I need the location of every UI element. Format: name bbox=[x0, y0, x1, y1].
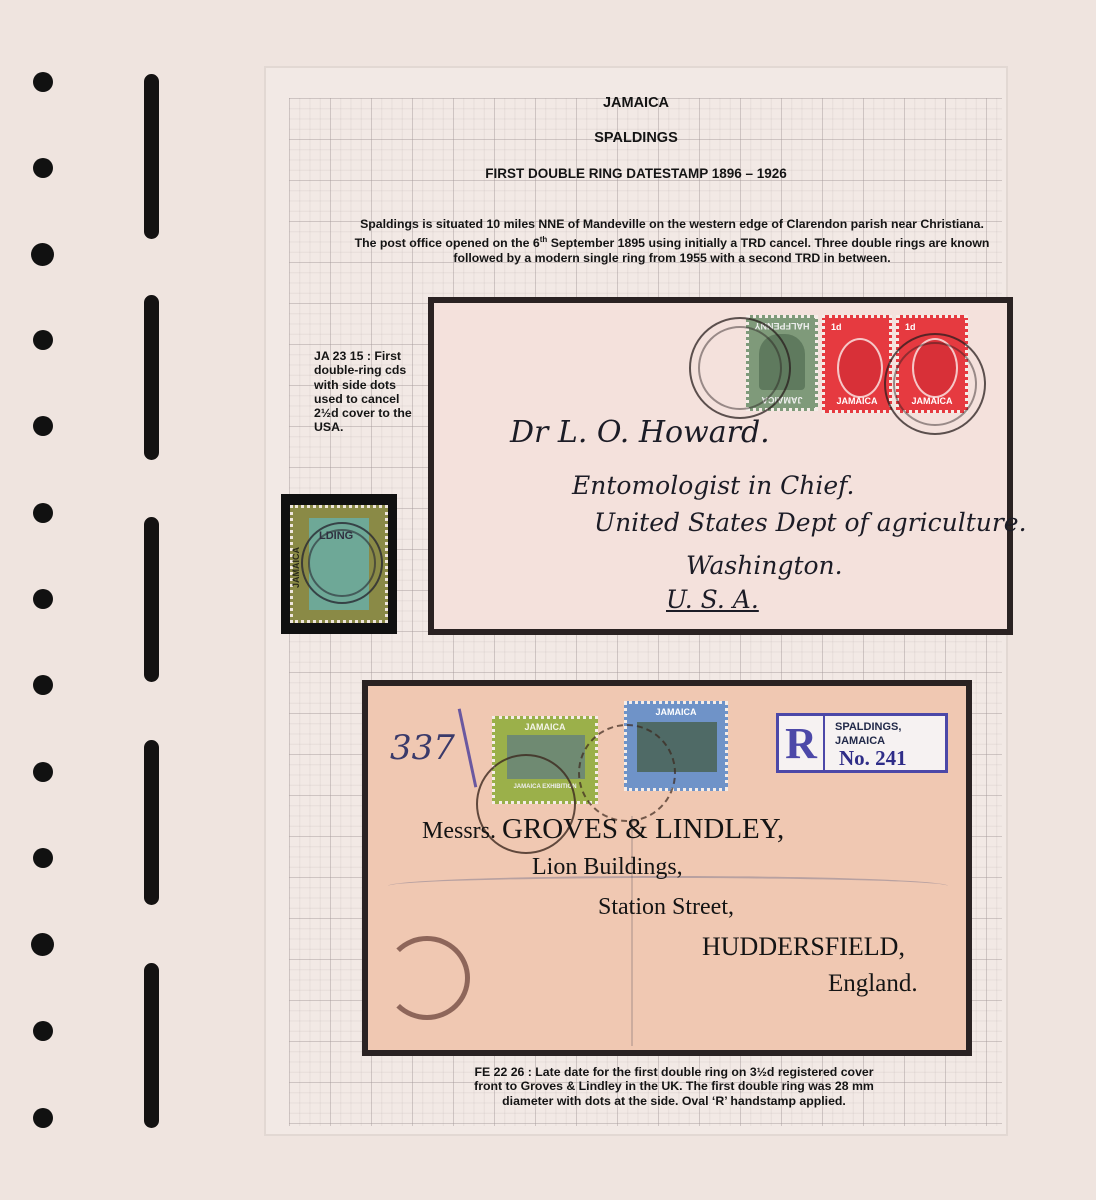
binder-hole bbox=[33, 158, 53, 178]
registration-r: R bbox=[779, 716, 825, 770]
binder-slot bbox=[144, 295, 159, 460]
stamp-one-penny: 1d JAMAICA bbox=[822, 315, 892, 413]
binder-hole bbox=[33, 1108, 53, 1128]
address-line-3: Station Street, bbox=[598, 894, 734, 921]
loose-stamp: JAMAICA LDING bbox=[290, 505, 388, 623]
address-line-1: Messrs. GROVES & LINDLEY, bbox=[422, 813, 784, 846]
address-line-1: Dr L. O. Howard. bbox=[510, 415, 770, 450]
postmark-inner-ring bbox=[893, 342, 977, 426]
oval-r-handstamp bbox=[384, 936, 470, 1020]
address-line-4: Washington. bbox=[686, 551, 843, 580]
binder-hole bbox=[33, 330, 53, 350]
stamp-country: JAMAICA bbox=[291, 547, 301, 588]
binder-hole bbox=[33, 1021, 53, 1041]
manuscript-stroke bbox=[458, 709, 478, 788]
address-line-2: Entomologist in Chief. bbox=[572, 471, 854, 500]
item1-caption: JA 23 15 : First double-ring cds with si… bbox=[314, 349, 412, 435]
binder-hole bbox=[31, 243, 54, 266]
page-subtitle: FIRST DOUBLE RING DATESTAMP 1896 – 1926 bbox=[266, 166, 1006, 181]
postmark bbox=[578, 724, 676, 822]
address-line-3: United States Dept of agriculture. bbox=[594, 508, 1027, 537]
cover-front: 337 JAMAICA JAMAICA EXHIBITION JAMAICA R… bbox=[368, 686, 966, 1050]
binder-hole bbox=[33, 762, 53, 782]
intro-line-2: The post office opened on the 6th Septem… bbox=[322, 232, 1022, 251]
intro-line-3: followed by a modern single ring from 19… bbox=[322, 251, 1022, 266]
binder-hole bbox=[33, 848, 53, 868]
binder-hole bbox=[33, 675, 53, 695]
cover-usa: HALFPENNY JAMAICA 1d JAMAICA 1d JAMAICA … bbox=[428, 297, 1013, 635]
registered-cover-front: 337 JAMAICA JAMAICA EXHIBITION JAMAICA R… bbox=[362, 680, 972, 1056]
loose-stamp-mount: JAMAICA LDING bbox=[281, 494, 397, 634]
binder-slot bbox=[144, 74, 159, 239]
postmark-text: LDING bbox=[319, 530, 353, 542]
registration-vertical-line bbox=[631, 816, 633, 1046]
registration-number: No. 241 bbox=[839, 746, 907, 771]
registration-office: SPALDINGS, JAMAICA bbox=[835, 720, 901, 748]
envelope: HALFPENNY JAMAICA 1d JAMAICA 1d JAMAICA … bbox=[434, 303, 1007, 629]
item2-caption: FE 22 26 : Late date for the first doubl… bbox=[362, 1065, 986, 1108]
binder-slot bbox=[144, 963, 159, 1128]
binder-slot bbox=[144, 517, 159, 682]
page-title-town: SPALDINGS bbox=[266, 130, 1006, 146]
binder-hole bbox=[33, 589, 53, 609]
postmark-inner-ring bbox=[698, 326, 782, 410]
binder-hole bbox=[33, 416, 53, 436]
manuscript-number: 337 bbox=[390, 728, 455, 768]
intro-paragraph: Spaldings is situated 10 miles NNE of Ma… bbox=[322, 217, 1022, 266]
address-line-2: Lion Buildings, bbox=[532, 854, 683, 881]
binder-hole bbox=[33, 503, 53, 523]
binder-hole bbox=[33, 72, 53, 92]
intro-line-1: Spaldings is situated 10 miles NNE of Ma… bbox=[322, 217, 1022, 232]
binder-slot bbox=[144, 740, 159, 905]
binder-hole bbox=[31, 933, 54, 956]
registration-label: R SPALDINGS, JAMAICA No. 241 bbox=[776, 713, 948, 773]
address-line-4: HUDDERSFIELD, bbox=[702, 932, 905, 962]
address-line-5: U. S. A. bbox=[666, 585, 759, 614]
page-title-country: JAMAICA bbox=[266, 95, 1006, 111]
address-line-5: England. bbox=[828, 970, 918, 998]
